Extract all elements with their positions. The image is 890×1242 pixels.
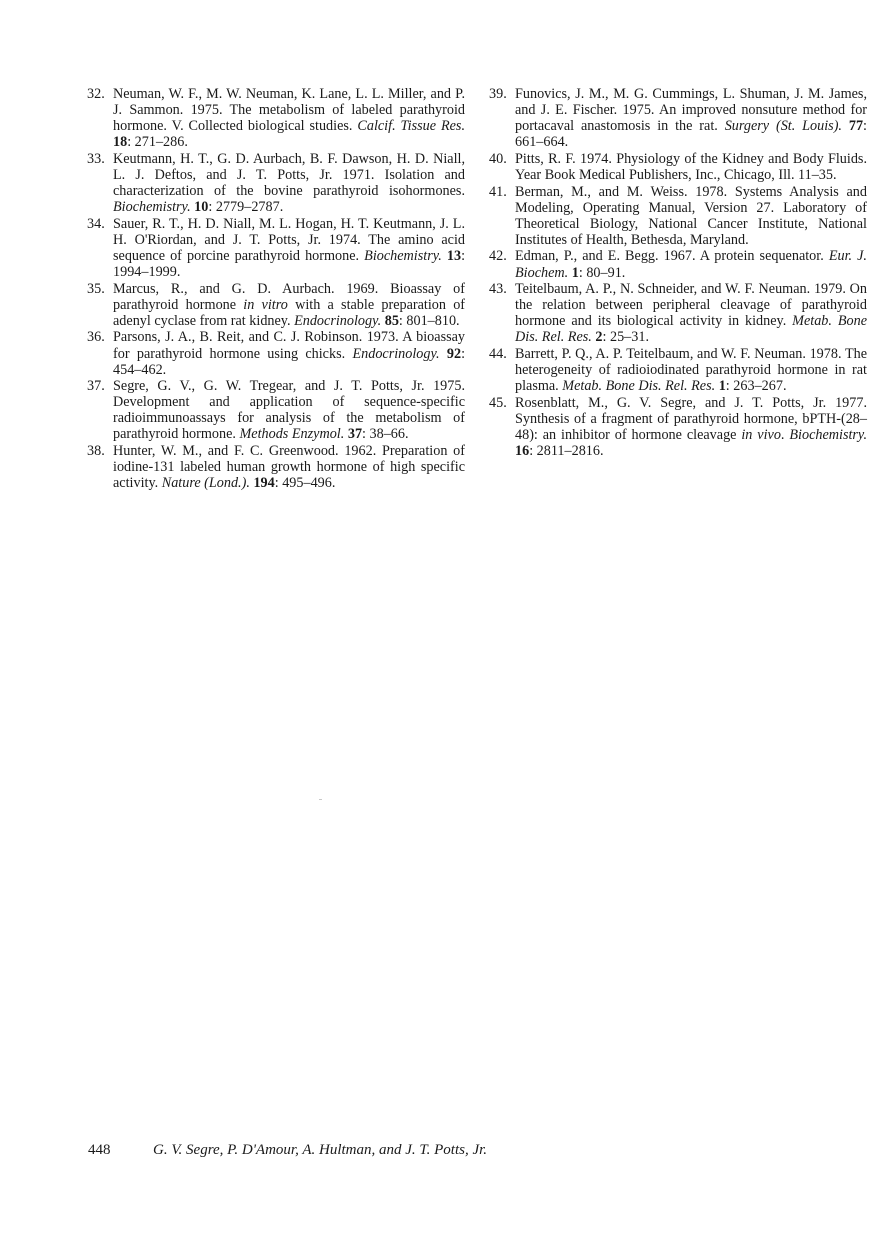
reference-number: 40. xyxy=(489,151,513,167)
reference-authors: Berman, M., and M. Weiss. 1978. xyxy=(515,184,735,200)
reference-journal: Endocrinology. xyxy=(294,313,381,329)
reference-39: 39. Funovics, J. M., M. G. Cummings, L. … xyxy=(489,86,867,150)
reference-journal: Biochemistry. xyxy=(113,199,191,215)
reference-pages: : 2811–2816. xyxy=(529,443,603,459)
reference-authors: Marcus, R., and G. D. Aurbach. 1969. xyxy=(113,281,390,297)
reference-number: 34. xyxy=(87,216,111,232)
reference-number: 38. xyxy=(87,443,111,459)
reference-volume: 85 xyxy=(385,313,399,329)
reference-authors: Segre, G. V., G. W. Tregear, and J. T. P… xyxy=(113,378,465,394)
reference-journal: Calcif. Tissue Res. xyxy=(357,118,465,134)
reference-number: 42. xyxy=(489,248,513,264)
reference-pages: : 25–31. xyxy=(602,329,649,345)
reference-pages: : 495–496. xyxy=(275,475,336,491)
reference-34: 34. Sauer, R. T., H. D. Niall, M. L. Hog… xyxy=(87,216,465,280)
journal-page: 32. Neuman, W. F., M. W. Neuman, K. Lane… xyxy=(0,0,890,1242)
reference-volume: 16 xyxy=(515,443,529,459)
reference-authors: Pitts, R. F. 1974. xyxy=(515,151,616,167)
reference-pages: : 801–810. xyxy=(399,313,460,329)
reference-number: 35. xyxy=(87,281,111,297)
reference-pages: : 263–267. xyxy=(726,378,787,394)
reference-volume: 77 xyxy=(849,118,863,134)
reference-journal: Biochemistry. xyxy=(789,427,867,443)
reference-volume: 1 xyxy=(572,265,579,281)
reference-number: 37. xyxy=(87,378,111,394)
reference-number: 43. xyxy=(489,281,513,297)
reference-41: 41. Berman, M., and M. Weiss. 1978. Syst… xyxy=(489,184,867,248)
reference-pages: : 271–286. xyxy=(127,134,188,150)
reference-32: 32. Neuman, W. F., M. W. Neuman, K. Lane… xyxy=(87,86,465,150)
reference-33: 33. Keutmann, H. T., G. D. Aurbach, B. F… xyxy=(87,151,465,215)
reference-40: 40. Pitts, R. F. 1974. Physiology of the… xyxy=(489,151,867,183)
reference-authors: Parsons, J. A., B. Reit, and C. J. Robin… xyxy=(113,329,402,345)
reference-authors: Hunter, W. M., and F. C. Greenwood. 1962… xyxy=(113,443,382,459)
reference-journal: Methods Enzymol. xyxy=(239,426,344,442)
reference-43: 43. Teitelbaum, A. P., N. Schneider, and… xyxy=(489,281,867,345)
reference-38: 38. Hunter, W. M., and F. C. Greenwood. … xyxy=(87,443,465,491)
reference-number: 39. xyxy=(489,86,513,102)
reference-authors: Edman, P., and E. Begg. 1967. xyxy=(515,248,700,264)
reference-number: 36. xyxy=(87,329,111,345)
reference-volume: 10 xyxy=(194,199,208,215)
reference-volume: 92 xyxy=(447,346,461,362)
reference-title: A protein sequenator. xyxy=(700,248,829,264)
reference-authors: Barrett, P. Q., A. P. Teitelbaum, and W.… xyxy=(515,346,845,362)
reference-volume: 1 xyxy=(719,378,726,394)
reference-journal: Biochemistry. xyxy=(364,248,442,264)
reference-44: 44. Barrett, P. Q., A. P. Teitelbaum, an… xyxy=(489,346,867,394)
reference-45: 45. Rosenblatt, M., G. V. Segre, and J. … xyxy=(489,395,867,459)
reference-volume: 13 xyxy=(447,248,461,264)
reference-number: 45. xyxy=(489,395,513,411)
reference-42: 42. Edman, P., and E. Begg. 1967. A prot… xyxy=(489,248,867,280)
reference-number: 41. xyxy=(489,184,513,200)
running-footer-authors: G. V. Segre, P. D'Amour, A. Hultman, and… xyxy=(153,1141,487,1159)
reference-pages: : 38–66. xyxy=(362,426,409,442)
reference-journal: Surgery (St. Louis). xyxy=(725,118,842,134)
reference-volume: 194 xyxy=(253,475,274,491)
reference-number: 44. xyxy=(489,346,513,362)
reference-title-italic: in vivo xyxy=(741,427,781,443)
reference-title-italic: in vitro xyxy=(243,297,288,313)
reference-36: 36. Parsons, J. A., B. Reit, and C. J. R… xyxy=(87,329,465,377)
reference-journal: Metab. Bone Dis. Rel. Res. xyxy=(562,378,715,394)
reference-35: 35. Marcus, R., and G. D. Aurbach. 1969.… xyxy=(87,281,465,329)
reference-authors: Teitelbaum, A. P., N. Schneider, and W. … xyxy=(515,281,850,297)
reference-journal: Nature (Lond.). xyxy=(162,475,250,491)
reference-number: 33. xyxy=(87,151,111,167)
reference-journal: Endocrinology. xyxy=(352,346,439,362)
reference-authors: Rosenblatt, M., G. V. Segre, and J. T. P… xyxy=(515,395,867,411)
reference-volume: 37 xyxy=(348,426,362,442)
scan-speck xyxy=(319,799,322,800)
references-right-column: 39. Funovics, J. M., M. G. Cummings, L. … xyxy=(489,86,867,460)
reference-pages: : 80–91. xyxy=(579,265,626,281)
reference-37: 37. Segre, G. V., G. W. Tregear, and J. … xyxy=(87,378,465,442)
reference-pages: : 2779–2787. xyxy=(208,199,283,215)
reference-volume: 18 xyxy=(113,134,127,150)
page-number: 448 xyxy=(88,1141,111,1159)
reference-number: 32. xyxy=(87,86,111,102)
references-left-column: 32. Neuman, W. F., M. W. Neuman, K. Lane… xyxy=(87,86,465,492)
